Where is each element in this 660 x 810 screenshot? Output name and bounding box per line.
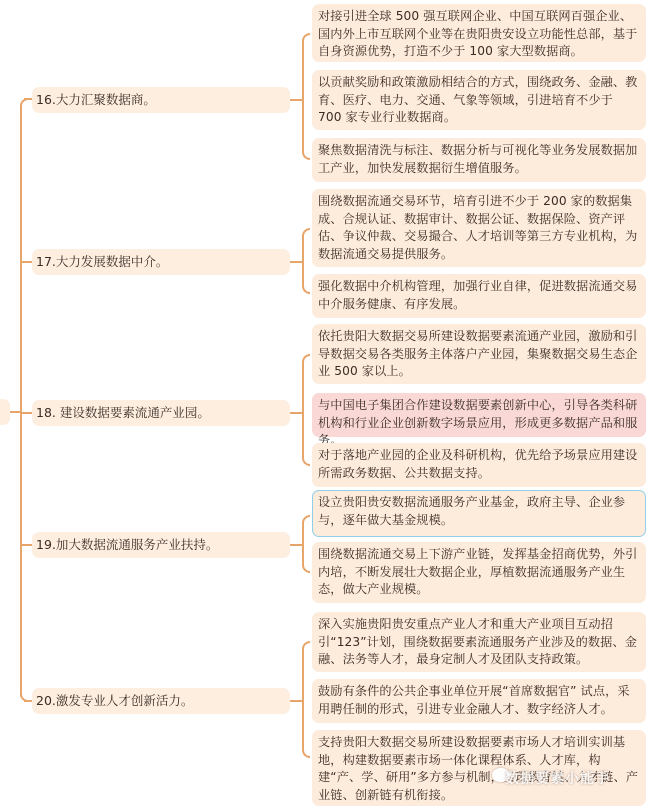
branch-18-bracket (302, 354, 310, 466)
branch-20-bracket (302, 641, 310, 758)
branch-node-16[interactable]: 16.大力汇聚数据商。 (32, 87, 290, 113)
leaf-18-2-highlighted[interactable]: 与中国电子集团合作建设数据要素创新中心，引导各类科研机构和行业企业创新数字场景应… (312, 393, 646, 437)
branch-19-bracket (302, 515, 310, 573)
leaf-19-1-selected[interactable]: 设立贵阳贵安数据流通服务产业基金，政府主导、企业参与，逐年做大基金规模。 (312, 490, 646, 537)
branch-17-bracket (302, 228, 310, 294)
watermark-text: 数据要素小能手 (505, 768, 610, 788)
leaf-16-1[interactable]: 对接引进全球 500 强互联网企业、中国互联网百强企业、国内外上市互联网个业等在… (312, 4, 646, 62)
root-node-stub[interactable] (0, 399, 10, 425)
leaf-17-1[interactable]: 围绕数据流通交易环节，培育引进不少于 200 家的数据集成、合规认证、数据审计、… (312, 189, 646, 267)
leaf-19-2[interactable]: 围绕数据流通交易上下游产业链，发挥基金招商优势，外引内培，不断发展壮大数据企业，… (312, 542, 646, 603)
branch-node-17[interactable]: 17.大力发展数据中介。 (32, 249, 290, 275)
main-spine (20, 105, 22, 697)
branch-node-19[interactable]: 19.加大数据流通服务产业扶持。 (32, 532, 290, 558)
leaf-18-3[interactable]: 对于落地产业园的企业及科研机构，优先给予场景应用建设所需政务数据、公共数据支持。 (312, 443, 646, 487)
branch-16-bracket (302, 33, 310, 160)
leaf-18-1[interactable]: 依托贵阳大数据交易所建设数据要素流通产业园，激励和引导数据交易各类服务主体落户产… (312, 324, 646, 384)
leaf-17-2[interactable]: 强化数据中介机构管理，加强行业自律，促进数据流通交易中介服务健康、有序发展。 (312, 274, 646, 318)
leaf-16-2[interactable]: 以贡献奖励和政策激励相结合的方式，围绕政务、金融、教育、医疗、电力、交通、气象等… (312, 70, 646, 130)
branch-node-20[interactable]: 20.激发专业人才创新活力。 (32, 688, 290, 714)
leaf-20-1[interactable]: 深入实施贵阳贵安重点产业人才和重大产业项目互动招引“123”计划，围绕数据要素流… (312, 612, 646, 672)
branch-node-18[interactable]: 18. 建设数据要素流通产业园。 (32, 400, 290, 426)
leaf-16-3[interactable]: 聚焦数据清洗与标注、数据分析与可视化等业务发展数据加工产业，加快发展数据衍生增值… (312, 138, 646, 182)
leaf-20-2[interactable]: 鼓励有条件的公共企事业单位开展“首席数据官” 试点，采用聘任制的形式，引进专业金… (312, 679, 646, 723)
